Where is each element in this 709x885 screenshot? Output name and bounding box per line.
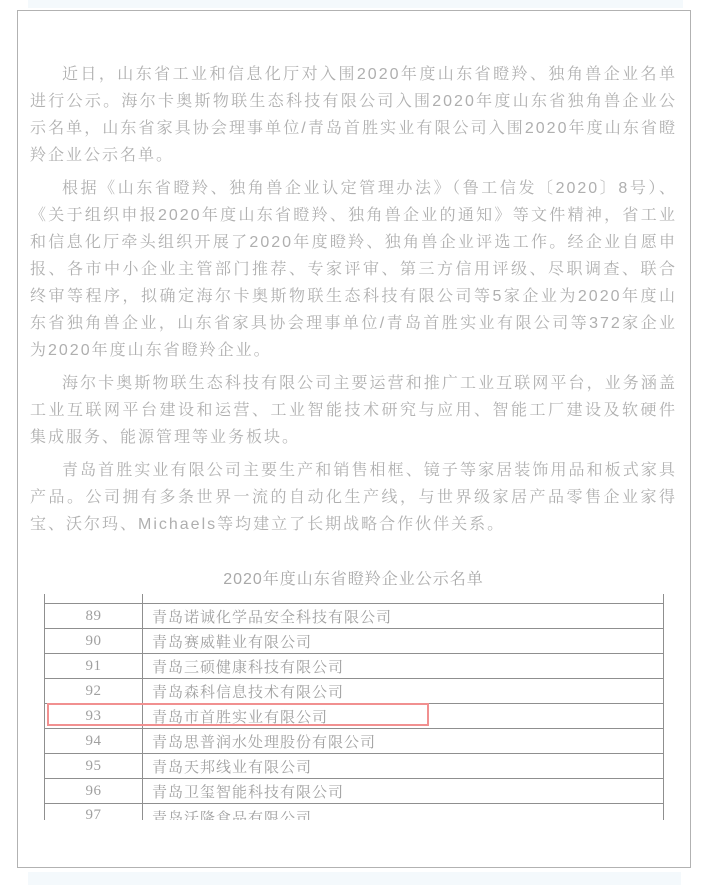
row-number-cell: 93: [45, 704, 143, 728]
table-title: 2020年度山东省瞪羚企业公示名单: [30, 566, 677, 593]
table-row: 97 青岛沃隆食品有限公司: [45, 803, 663, 820]
row-number-cell: [45, 594, 143, 603]
paragraph-selection-process: 根据《山东省瞪羚、独角兽企业认定管理办法》（鲁工信发〔2020〕8号）、《关于组…: [30, 175, 677, 364]
company-name-cell: 青岛卫玺智能科技有限公司: [143, 779, 663, 803]
company-name-cell: 青岛天邦线业有限公司: [143, 754, 663, 778]
table-row: 90 青岛赛威鞋业有限公司: [45, 628, 663, 653]
row-number-cell: 90: [45, 629, 143, 653]
company-name-cell: 青岛三硕健康科技有限公司: [143, 654, 663, 678]
page-background-strip-top: [28, 0, 683, 8]
row-number-cell: 94: [45, 729, 143, 753]
company-table: 89 青岛诺诚化学品安全科技有限公司 90 青岛赛威鞋业有限公司 91 青岛三硕…: [44, 594, 664, 820]
company-name-cell: 青岛思普润水处理股份有限公司: [143, 729, 663, 753]
row-number-cell: 97: [45, 804, 143, 820]
paragraph-shousheng-intro: 青岛首胜实业有限公司主要生产和销售相框、镜子等家居装饰用品和板式家具产品。公司拥…: [30, 457, 677, 538]
company-name-cell: 青岛森科信息技术有限公司: [143, 679, 663, 703]
article-card: 近日，山东省工业和信息化厅对入围2020年度山东省瞪羚、独角兽企业名单进行公示。…: [17, 10, 691, 868]
page-background: { "theme": { "page_bg_strip": "#f4f9fc",…: [0, 0, 709, 885]
row-number-cell: 95: [45, 754, 143, 778]
row-number-cell: 92: [45, 679, 143, 703]
company-name-cell: 青岛市首胜实业有限公司: [143, 704, 663, 728]
company-name-cell: 青岛诺诚化学品安全科技有限公司: [143, 604, 663, 628]
paragraph-haier-kaos-intro: 海尔卡奥斯物联生态科技有限公司主要运营和推广工业互联网平台，业务涵盖工业互联网平…: [30, 370, 677, 451]
page-background-strip-bottom: [28, 872, 681, 885]
row-number-cell: 89: [45, 604, 143, 628]
table-row-partial: [45, 594, 663, 603]
company-name-cell: [143, 594, 663, 603]
table-row: 92 青岛森科信息技术有限公司: [45, 678, 663, 703]
table-row-highlighted: 93 青岛市首胜实业有限公司: [45, 703, 663, 728]
table-row: 91 青岛三硕健康科技有限公司: [45, 653, 663, 678]
table-row: 96 青岛卫玺智能科技有限公司: [45, 778, 663, 803]
row-number-cell: 96: [45, 779, 143, 803]
table-row: 95 青岛天邦线业有限公司: [45, 753, 663, 778]
row-number-cell: 91: [45, 654, 143, 678]
table-row: 94 青岛思普润水处理股份有限公司: [45, 728, 663, 753]
company-name-cell: 青岛赛威鞋业有限公司: [143, 629, 663, 653]
company-name-cell: 青岛沃隆食品有限公司: [143, 804, 663, 820]
paragraph-announcement: 近日，山东省工业和信息化厅对入围2020年度山东省瞪羚、独角兽企业名单进行公示。…: [30, 61, 677, 169]
table-row: 89 青岛诺诚化学品安全科技有限公司: [45, 603, 663, 628]
